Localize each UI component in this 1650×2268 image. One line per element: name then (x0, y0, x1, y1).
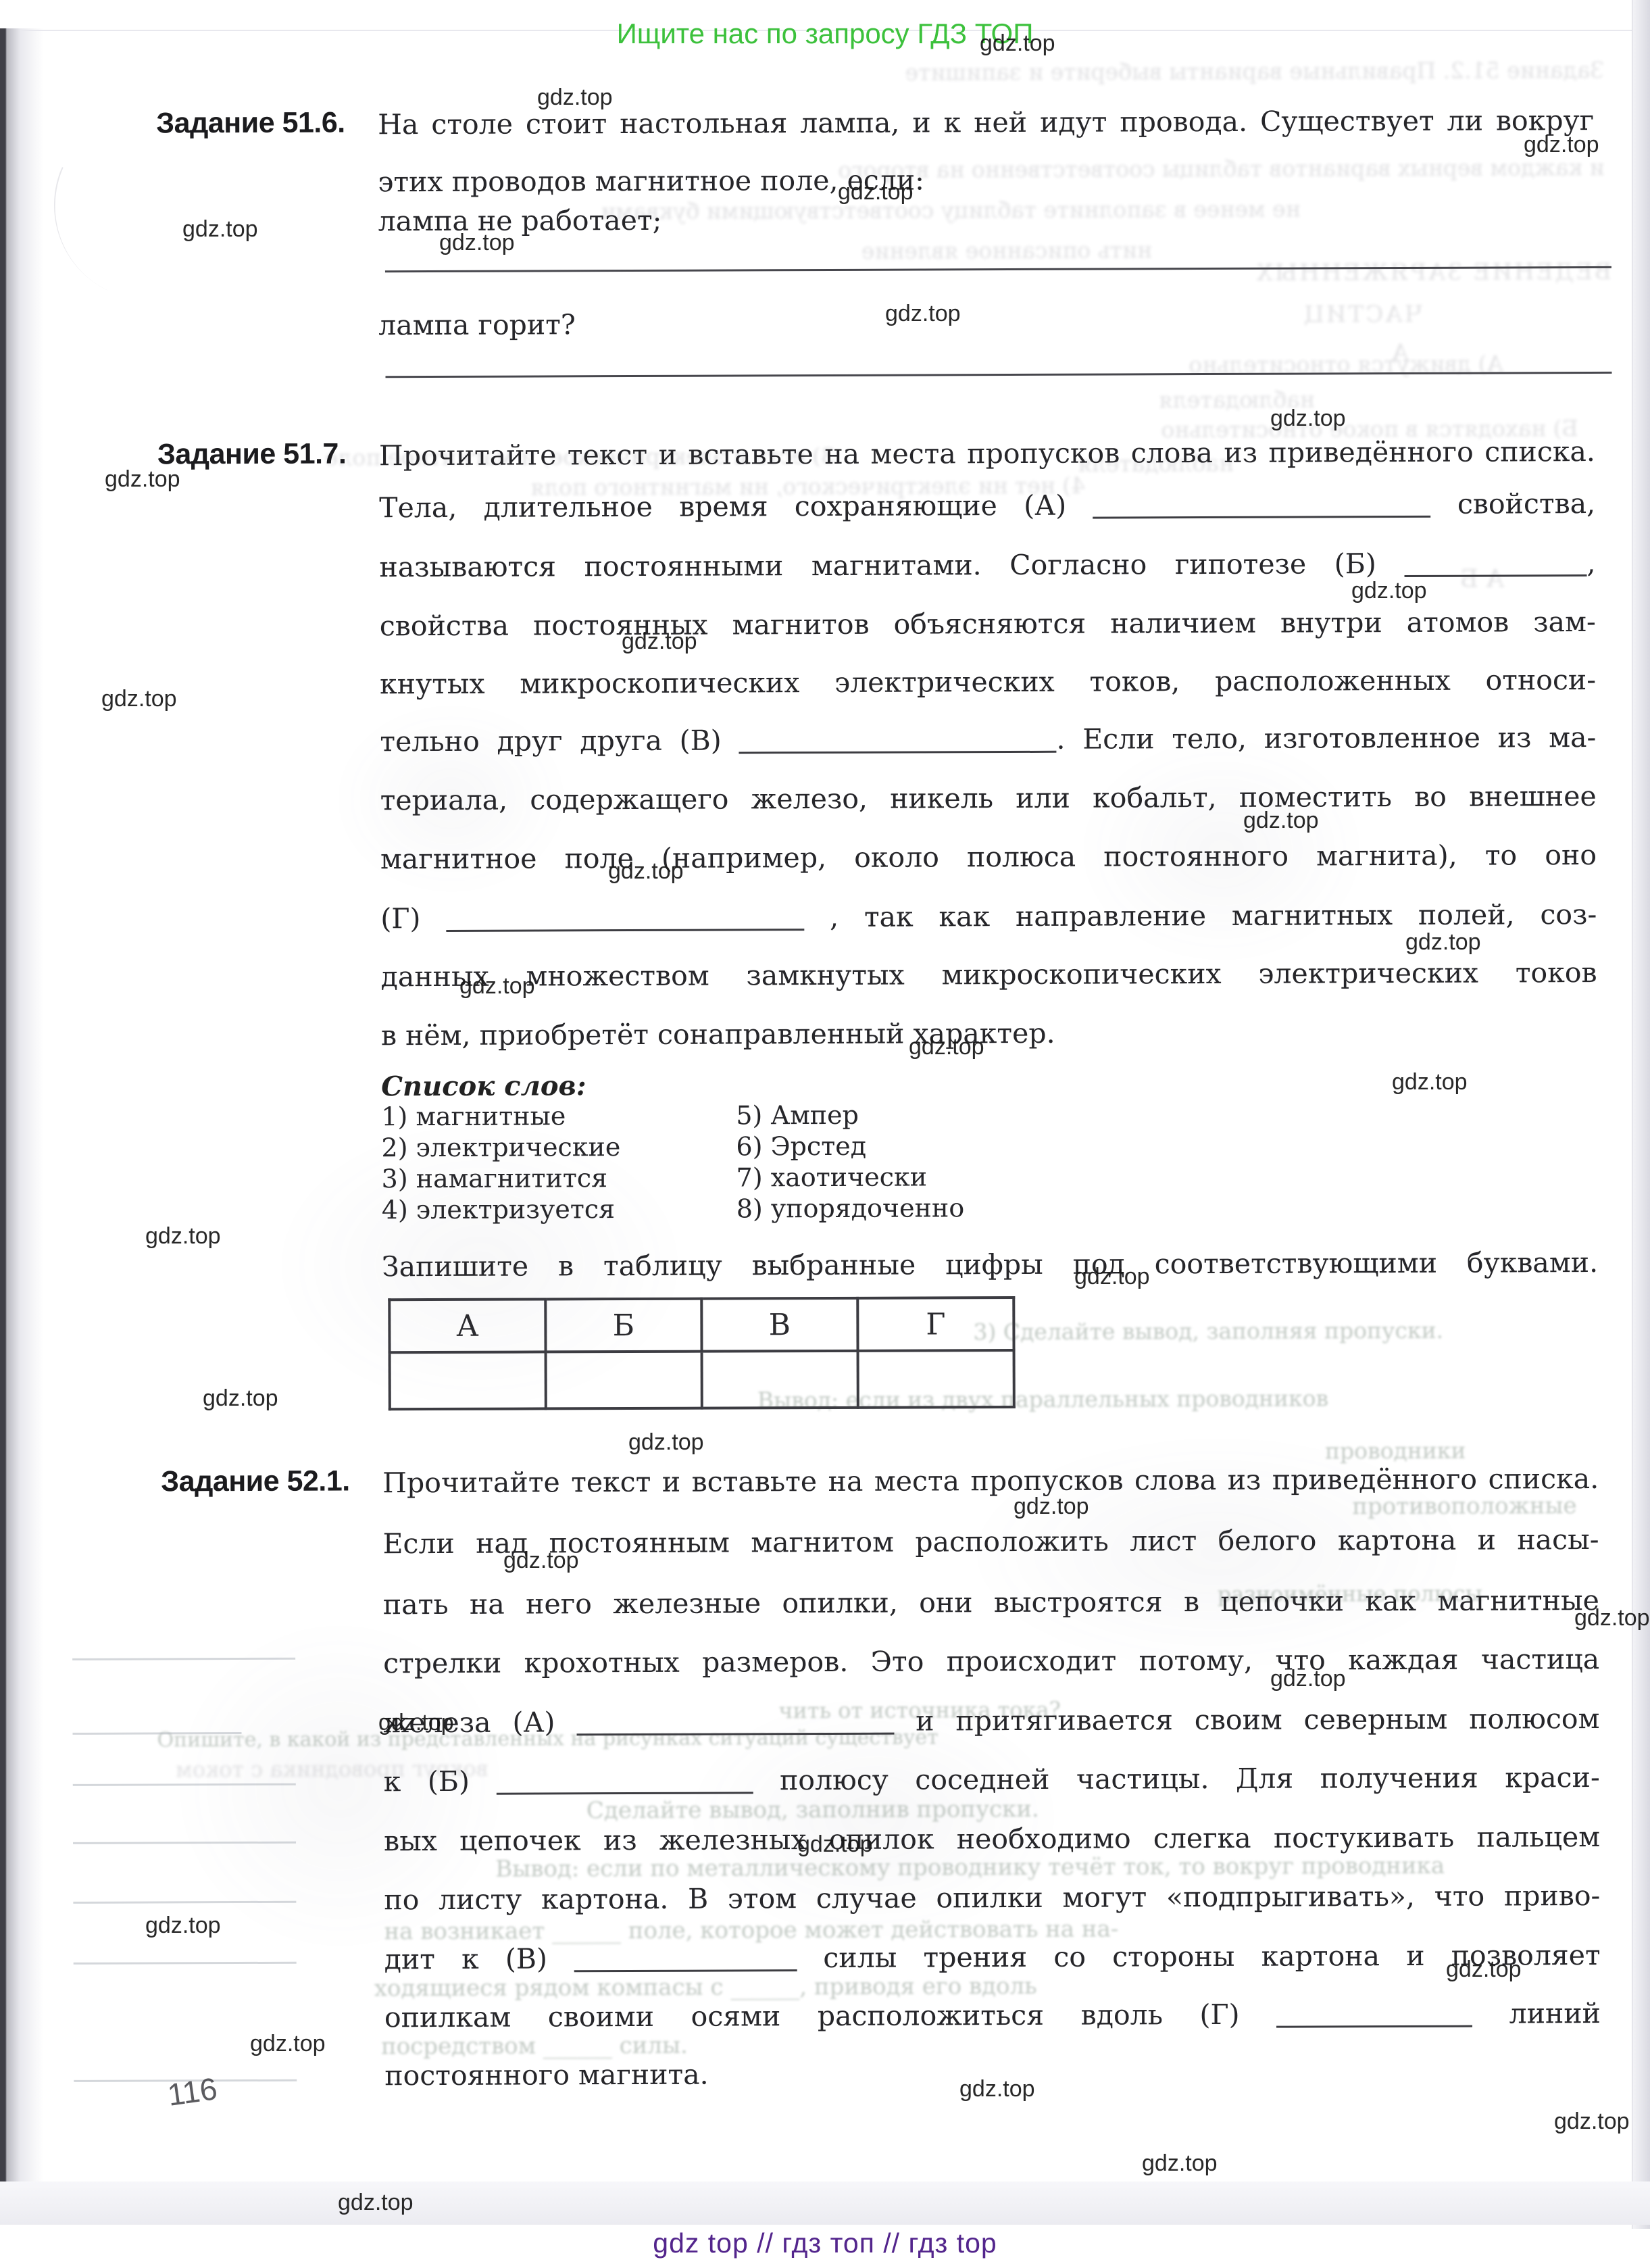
page-number: 116 (166, 2070, 220, 2113)
paragraph-line: опилкам своими осями расположиться вдоль… (384, 1995, 1601, 2036)
bleed-through-blobs (0, 0, 1646, 3)
table-header-cell: А (389, 1299, 545, 1352)
watermark-text: gdz.top (980, 30, 1055, 57)
bleed-through-text: ВЕДЕНИЕ ЗАРЯЖЕННЫХ (929, 258, 1611, 288)
task-51-6-item1: лампа не работает; (378, 202, 662, 239)
watermark-text: gdz.top (1014, 1494, 1089, 1520)
word-list-item: 5) Ампер (736, 1100, 859, 1131)
watermark-text: gdz.top (1074, 1264, 1150, 1290)
watermark-text: gdz.top (959, 2076, 1035, 2102)
watermark-text: gdz.top (885, 301, 961, 327)
watermark-text: gdz.top (1270, 405, 1346, 432)
scan-left-edge (0, 28, 43, 2199)
answer-line (385, 266, 1611, 272)
watermark-text: gdz.top (1270, 1666, 1346, 1692)
table-prompt: Запишите в таблицу выбранные цифры под с… (382, 1244, 1598, 1285)
answer-blank (1093, 516, 1431, 519)
paragraph-line: пать на него железные опилки, они выстро… (383, 1582, 1599, 1623)
paragraph-line: железа (А) и притягивается своим северны… (383, 1700, 1599, 1741)
paragraph-line: свойства постоянных магнитов объясняются… (380, 603, 1596, 644)
watermark-text: gdz.top (1243, 808, 1319, 834)
watermark-text: gdz.top (909, 1034, 984, 1060)
answer-blank (574, 1969, 797, 1972)
paragraph-line: к (Б) полюсу соседней частицы. Для получ… (384, 1759, 1600, 1800)
table-empty-cell (858, 1350, 1014, 1408)
watermark-text: gdz.top (378, 1710, 454, 1736)
table-header-cell: Б (545, 1299, 701, 1352)
site-footer: gdz top // гдз топ // гдз top (0, 2227, 1650, 2259)
answer-blank (446, 929, 804, 932)
word-list-item: 7) хаотически (736, 1162, 928, 1192)
watermark-text: gdz.top (1574, 1605, 1650, 1631)
task-52-1-paragraph: Если над постоянным магнитом расположить… (0, 0, 1646, 3)
watermark-text: gdz.top (101, 686, 177, 712)
word-list-item: 2) электрические (381, 1132, 620, 1162)
word-list-item: 4) электризуется (382, 1194, 615, 1225)
word-list-item: 6) Эрстед (736, 1131, 866, 1162)
word-list-title: Список слов: (381, 1070, 586, 1102)
task-51-7-label: Задание 51.7. (157, 437, 347, 471)
task-52-1-label: Задание 52.1. (161, 1464, 350, 1498)
answer-blank (576, 1733, 894, 1736)
paragraph-line: стрелки крохотных размеров. Это происход… (383, 1641, 1599, 1681)
watermark-text: gdz.top (1524, 132, 1599, 158)
watermark-text: gdz.top (537, 84, 613, 111)
watermark-text: gdz.top (338, 2190, 414, 2216)
scanned-page: Задание 51.2. Правильные варианты выбери… (0, 0, 1650, 2268)
answer-blank (739, 751, 1057, 754)
word-list-item: 3) намагнитится (382, 1163, 608, 1193)
promo-banner: Ищите нас по запросу ГДЗ ТОП (0, 18, 1650, 50)
watermark-text: gdz.top (622, 628, 697, 655)
watermark-text: gdz.top (1446, 1956, 1522, 1983)
watermark-text: gdz.top (797, 1831, 873, 1858)
answer-blank (1276, 2025, 1472, 2028)
watermark-text: gdz.top (608, 858, 684, 885)
bleed-through-text: А (1375, 339, 1409, 366)
answer-blank (1404, 574, 1586, 577)
word-list: 1) магнитные2) электрические3) намагнити… (0, 0, 1646, 3)
watermark-text: gdz.top (250, 2031, 326, 2057)
watermark-text: gdz.top (182, 216, 258, 243)
watermark-text: gdz.top (1554, 2109, 1630, 2135)
scan-right-edge (1632, 0, 1650, 2229)
scan-bottom-edge (0, 2181, 1650, 2225)
watermark-text: gdz.top (1405, 929, 1481, 956)
task-51-6-label: Задание 51.6. (156, 106, 345, 140)
watermark-text: gdz.top (145, 1913, 221, 1939)
paragraph-line: дит к (В) силы трения со стороны картона… (384, 1937, 1601, 1977)
paragraph-line: териала, содержащего железо, никель или … (380, 778, 1597, 818)
bleed-through-text: 3) Сделайте вывод, заполняя пропуски. (973, 1316, 1568, 1345)
answer-table: АБВГ (388, 1296, 1016, 1410)
paragraph-line: магнитное поле (например, около полюса п… (380, 837, 1597, 877)
paragraph-line: вых цепочек из железных опилок необходим… (384, 1819, 1600, 1859)
watermark-text: gdz.top (503, 1548, 579, 1574)
table-empty-cell (702, 1351, 858, 1408)
answer-line (385, 372, 1611, 378)
task-51-7-paragraph: Тела, длительное время сохраняющие (А) с… (0, 0, 1646, 3)
paragraph-line: тельно друг друга (В) . Если тело, изгот… (380, 719, 1596, 760)
bleed-through-text: Задание 51.2. Правильные варианты выбери… (604, 57, 1604, 87)
bleed-through-layer: Задание 51.2. Правильные варианты выбери… (0, 0, 1646, 3)
task-51-7-intro: Прочитайте текст и вставьте на места про… (379, 433, 1595, 474)
paragraph-line: кнутых микроскопических электрических то… (380, 662, 1596, 702)
paragraph-line: в нём, приобретёт сонаправленный характе… (381, 1013, 1597, 1054)
table-header-cell: В (701, 1298, 857, 1352)
word-list-item: 8) упорядоченно (736, 1193, 965, 1223)
watermark-text: gdz.top (439, 230, 515, 256)
table-header-cell: Г (857, 1298, 1014, 1351)
task-51-6-item2: лампа горит? (378, 306, 576, 343)
watermark-text: gdz.top (1351, 578, 1427, 604)
watermark-text: gdz.top (203, 1385, 278, 1412)
bleed-through-text: ЧАСТИЦ (1280, 301, 1422, 328)
watermark-text: gdz.top (838, 179, 914, 205)
answer-blank (497, 1792, 753, 1794)
watermark-text: gdz.top (628, 1429, 704, 1456)
paragraph-line: Тела, длительное время сохраняющие (А) с… (379, 485, 1595, 526)
watermark-text: gdz.top (1392, 1069, 1468, 1095)
scan-scratch-artifact (24, 167, 162, 297)
watermark-text: gdz.top (459, 973, 535, 1000)
watermark-text: gdz.top (145, 1223, 221, 1250)
word-list-item: 1) магнитные (381, 1101, 566, 1131)
watermark-text: gdz.top (105, 466, 180, 493)
bleed-through-text: нить описанное явление (639, 237, 1152, 265)
paragraph-line: данных множеством замкнутых микроскопиче… (381, 954, 1597, 995)
paragraph-line: по листу картона. В этом случае опилки м… (384, 1877, 1600, 1918)
table-empty-cell (390, 1352, 546, 1409)
watermark-text: gdz.top (1142, 2150, 1218, 2177)
table-empty-cell (546, 1352, 702, 1409)
task-52-1-intro: Прочитайте текст и вставьте на места про… (382, 1460, 1599, 1501)
